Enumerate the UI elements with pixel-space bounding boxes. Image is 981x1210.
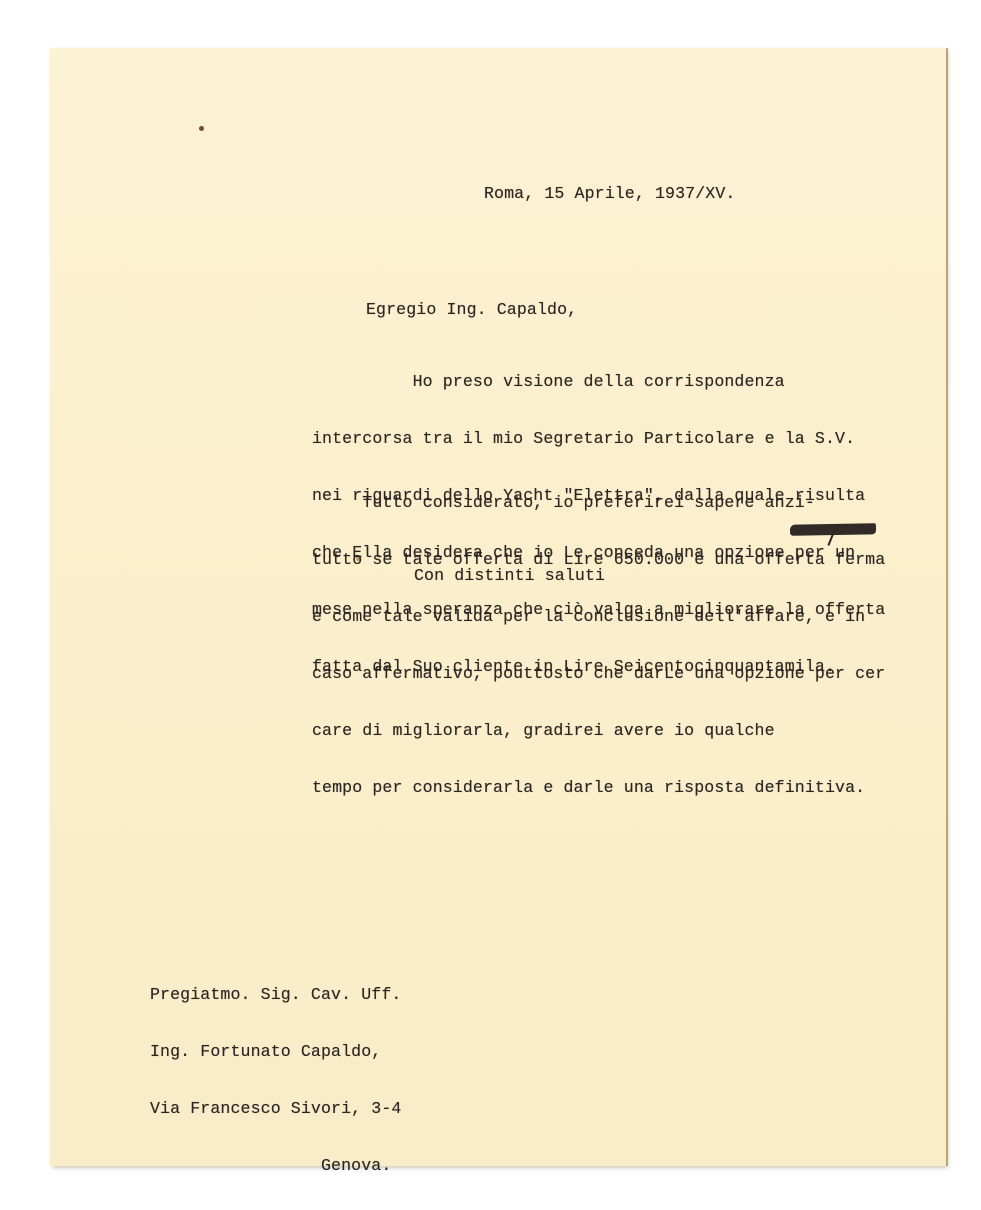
paragraph-1-line: Ho preso visione della corrispondenza — [312, 372, 885, 391]
paragraph-2-line: care di migliorarla, gradirei avere io q… — [312, 721, 885, 740]
body-paragraph-2: Tutto considerato, io preferirei sapere … — [312, 455, 885, 816]
date-line: Roma, 15 Aprile, 1937/XV. — [484, 184, 735, 203]
paragraph-2-line: Tutto considerato, io preferirei sapere … — [312, 493, 885, 512]
address-line: Via Francesco Sivori, 3-4 — [150, 1099, 401, 1118]
paragraph-2-line: caso affermativo, pouttosto che darLe un… — [312, 664, 885, 683]
closing: Con distinti saluti — [414, 566, 605, 585]
paragraph-2-line: e come tale valida per la conclusione de… — [312, 607, 885, 626]
ink-spot — [199, 126, 204, 131]
address-line: Genova. — [150, 1156, 401, 1175]
address-line: Pregiatmo. Sig. Cav. Uff. — [150, 985, 401, 1004]
recipient-address: Pregiatmo. Sig. Cav. Uff. Ing. Fortunato… — [150, 947, 401, 1194]
address-line: Ing. Fortunato Capaldo, — [150, 1042, 401, 1061]
paragraph-2-line: tempo per considerarla e darle una rispo… — [312, 778, 885, 797]
paragraph-1-line: intercorsa tra il mio Segretario Partico… — [312, 429, 885, 448]
salutation: Egregio Ing. Capaldo, — [366, 300, 577, 319]
